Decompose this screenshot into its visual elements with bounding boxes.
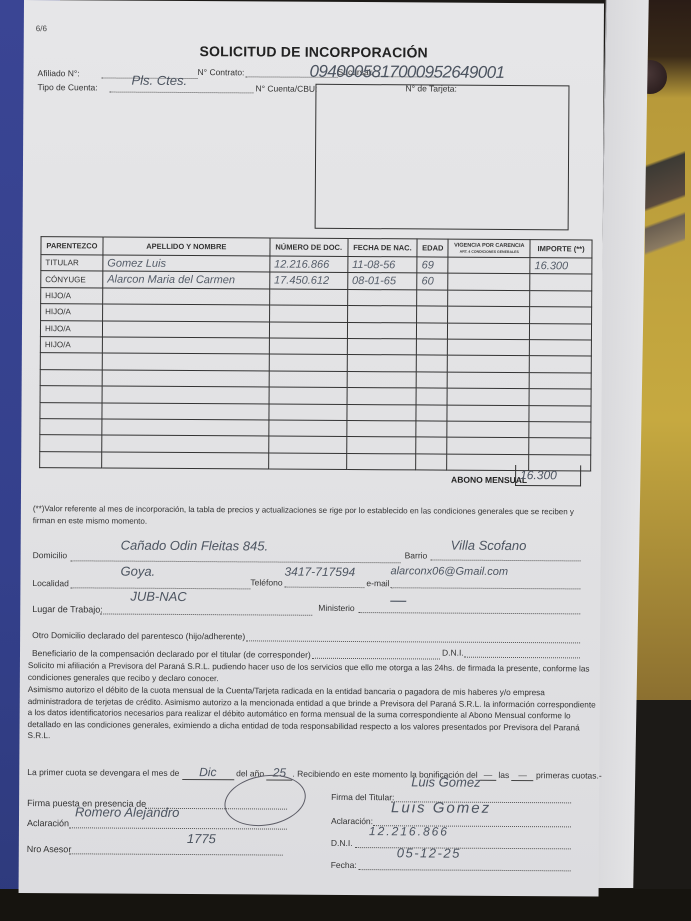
- keys-object: [645, 130, 685, 290]
- cell-doc[interactable]: 17.450.612: [270, 272, 348, 289]
- fecha-label: Fecha:: [331, 860, 357, 870]
- cell-fecha-nac[interactable]: 08-01-65: [347, 273, 417, 290]
- cell-edad[interactable]: [417, 290, 448, 307]
- tipo-cuenta-value: Pls. Ctes.: [131, 73, 187, 88]
- cell-nombre[interactable]: [102, 304, 269, 321]
- cell-doc[interactable]: [269, 404, 347, 421]
- cell-nombre[interactable]: [102, 337, 269, 354]
- cell-edad[interactable]: [416, 437, 447, 454]
- cell-vigencia[interactable]: [448, 257, 530, 274]
- asesor-field[interactable]: [69, 844, 283, 855]
- cell-parentezco: HIJO/A: [40, 320, 102, 337]
- table-row: [40, 451, 591, 471]
- cell-importe[interactable]: [529, 405, 591, 422]
- cell-fecha-nac[interactable]: [347, 420, 417, 437]
- cell-parentezco: [40, 419, 102, 436]
- cell-nombre[interactable]: [102, 435, 269, 452]
- cell-nombre[interactable]: [102, 402, 269, 419]
- dni-titular-field[interactable]: [355, 838, 571, 849]
- beneficiario-label: Beneficiario de la compensación declarad…: [32, 648, 311, 660]
- firma-titular-signature: Luis Gomez: [411, 774, 480, 789]
- cell-vigencia[interactable]: [448, 372, 530, 389]
- cell-vigencia[interactable]: [447, 421, 529, 438]
- domicilio-label: Domicilio: [33, 550, 68, 560]
- lugar-trabajo-label: Lugar de Trabajo:: [32, 604, 103, 614]
- header-nombre: APELLIDO Y NOMBRE: [103, 237, 270, 256]
- form-title: SOLICITUD DE INCORPORACIÓN: [24, 42, 604, 62]
- firma-titular-label: Firma del Titular:: [331, 792, 394, 802]
- terms-paragraph-2: Asimismo autorizo el débito de la cuota …: [27, 684, 597, 745]
- cell-parentezco: HIJO/A: [41, 304, 103, 321]
- cuota-prefix: La primer cuota se devengara el mes de: [27, 767, 179, 778]
- cell-doc[interactable]: [269, 289, 347, 306]
- beneficiario-dni-field[interactable]: [464, 648, 580, 659]
- cell-fecha-nac[interactable]: 11-08-56: [348, 256, 418, 273]
- header-importe: IMPORTE (**): [530, 240, 592, 258]
- lugar-trabajo-value: JUB-NAC: [130, 589, 186, 604]
- cell-nombre[interactable]: [102, 452, 269, 469]
- terms-paragraph-1: Solicito mi afiliación a Previsora del P…: [28, 660, 598, 687]
- cell-edad[interactable]: 60: [417, 273, 448, 290]
- aclaracion-titular-value: Luis Gomez: [391, 799, 491, 817]
- cell-edad[interactable]: [417, 322, 448, 339]
- cell-edad[interactable]: [416, 454, 447, 471]
- cell-parentezco: [40, 353, 102, 370]
- aclaracion-asesor-label: Aclaración: [27, 818, 69, 828]
- barrio-value: Villa Scofano: [451, 538, 527, 553]
- cell-fecha-nac[interactable]: [347, 338, 417, 355]
- cell-doc[interactable]: [269, 371, 347, 388]
- photo-box: [315, 84, 570, 231]
- cell-vigencia[interactable]: [447, 437, 529, 454]
- cell-doc[interactable]: 12.216.866: [270, 256, 348, 273]
- cell-fecha-nac[interactable]: [347, 355, 417, 372]
- cell-nombre[interactable]: Alarcon Maria del Carmen: [103, 271, 270, 288]
- beneficiario-dni-label: D.N.I.: [442, 648, 464, 658]
- cuota-mes-field[interactable]: Dic: [182, 765, 234, 780]
- cell-nombre[interactable]: [102, 386, 269, 403]
- cell-vigencia[interactable]: [448, 323, 530, 340]
- header-vigencia-sub: ART. 4 CONDICIONES GENERALES: [453, 248, 526, 254]
- tipo-cuenta-label: Tipo de Cuenta:: [37, 82, 97, 92]
- cell-fecha-nac[interactable]: [347, 371, 417, 388]
- aclaracion-asesor-field[interactable]: [69, 818, 287, 829]
- cell-doc[interactable]: [269, 322, 347, 339]
- header-edad: EDAD: [417, 239, 448, 257]
- aclaracion-titular-label: Aclaración:: [331, 816, 373, 826]
- cell-vigencia[interactable]: [448, 339, 530, 356]
- family-table: PARENTEZCO APELLIDO Y NOMBRE NÚMERO DE D…: [39, 236, 592, 471]
- cell-importe[interactable]: [529, 356, 591, 373]
- page-number: 6/6: [36, 24, 47, 33]
- cell-parentezco: HIJO/A: [40, 337, 102, 354]
- cell-fecha-nac[interactable]: [347, 322, 417, 339]
- email-field[interactable]: [390, 578, 580, 589]
- cell-doc[interactable]: [269, 436, 347, 453]
- afiliado-label: Afiliado N°:: [38, 68, 80, 78]
- cell-parentezco: [40, 369, 102, 386]
- cell-doc[interactable]: [269, 387, 347, 404]
- cell-vigencia[interactable]: [447, 405, 529, 422]
- cell-vigencia[interactable]: [448, 290, 530, 307]
- cell-vigencia[interactable]: [447, 388, 529, 405]
- cell-nombre[interactable]: [102, 419, 269, 436]
- cell-nombre[interactable]: Gomez Luis: [103, 255, 270, 272]
- cell-doc[interactable]: [268, 453, 346, 470]
- header-vigencia: VIGENCIA POR CARENCIAART. 4 CONDICIONES …: [448, 239, 530, 257]
- cuenta-cbu-label: N° Cuenta/CBU:: [255, 83, 317, 93]
- cell-importe[interactable]: [530, 323, 592, 340]
- ministerio-label: Ministerio: [318, 603, 354, 613]
- cell-fecha-nac[interactable]: [347, 404, 417, 421]
- cell-parentezco: [40, 435, 102, 452]
- cell-fecha-nac[interactable]: [346, 437, 416, 454]
- cell-edad[interactable]: [417, 339, 448, 356]
- asesor-value: 1775: [187, 831, 216, 846]
- localidad-value: Goya.: [120, 564, 155, 579]
- cell-fecha-nac[interactable]: [347, 306, 417, 323]
- cell-fecha-nac[interactable]: [347, 388, 417, 405]
- localidad-field[interactable]: [70, 578, 250, 589]
- cell-parentezco: HIJO/A: [41, 287, 103, 304]
- email-label: e-mail: [366, 578, 389, 588]
- cuotas-field[interactable]: —: [512, 770, 534, 781]
- cell-fecha-nac[interactable]: [346, 453, 416, 470]
- lugar-trabajo-field[interactable]: [100, 604, 312, 615]
- cell-importe[interactable]: [529, 340, 591, 357]
- contrato-label: N° Contrato:: [198, 67, 245, 77]
- cell-importe[interactable]: [529, 421, 591, 438]
- cell-importe[interactable]: [529, 389, 591, 406]
- cell-parentezco: [40, 451, 102, 468]
- cell-edad[interactable]: [416, 355, 447, 372]
- cell-importe[interactable]: 16.300: [530, 258, 592, 275]
- telefono-label: Teléfono: [250, 577, 282, 587]
- aclaracion-asesor-value: Romero Alejandro: [75, 804, 179, 820]
- telefono-value: 3417-717594: [284, 565, 355, 579]
- dni-titular-label: D.N.I.: [331, 838, 353, 848]
- domicilio-value: Cañado Odin Fleitas 845.: [121, 538, 269, 554]
- header-fecha-nac: FECHA DE NAC.: [348, 238, 418, 256]
- cell-nombre[interactable]: [102, 321, 269, 338]
- abono-mensual-value[interactable]: 16.300: [515, 465, 581, 486]
- beneficiario-field[interactable]: [312, 649, 440, 660]
- cell-doc[interactable]: [269, 305, 347, 322]
- header-vigencia-title: VIGENCIA POR CARENCIA: [454, 242, 524, 248]
- header-doc: NÚMERO DE DOC.: [270, 238, 348, 256]
- header-parentezco: PARENTEZCO: [41, 237, 103, 255]
- first-installment-line: La primer cuota se devengara el mes de D…: [27, 764, 602, 783]
- price-note: (**)Valor referente al mes de incorporac…: [33, 503, 593, 530]
- email-value: alarconx06@Gmail.com: [390, 565, 508, 578]
- cell-nombre[interactable]: [102, 370, 269, 387]
- cell-parentezco: CÓNYUGE: [41, 271, 103, 288]
- fecha-field[interactable]: [359, 860, 571, 871]
- cell-vigencia[interactable]: [448, 306, 530, 323]
- cuenta-cbu-value: 0940005817000952649001: [310, 62, 505, 83]
- cell-edad[interactable]: [416, 404, 447, 421]
- cell-nombre[interactable]: [102, 353, 269, 370]
- primeras-cuotas-label: primeras cuotas.-: [536, 770, 602, 780]
- cell-doc[interactable]: [269, 420, 347, 437]
- las-label: las: [498, 770, 509, 780]
- cell-doc[interactable]: [269, 338, 347, 355]
- dni-titular-value: 12.216.866: [369, 824, 449, 838]
- otro-domicilio-field[interactable]: [246, 631, 580, 643]
- barrio-label: Barrio: [405, 550, 428, 560]
- cell-doc[interactable]: [269, 354, 347, 371]
- cell-parentezco: [40, 402, 102, 419]
- otro-domicilio-label: Otro Domicilio declarado del parentesco …: [32, 630, 245, 641]
- cell-edad[interactable]: [417, 306, 448, 323]
- fecha-value: 05-12-25: [397, 845, 461, 860]
- cell-vigencia[interactable]: [448, 273, 530, 290]
- cell-nombre[interactable]: [103, 288, 270, 305]
- cell-importe[interactable]: [530, 307, 592, 324]
- cell-vigencia[interactable]: [448, 355, 530, 372]
- telefono-field[interactable]: [284, 578, 364, 588]
- cell-importe[interactable]: [529, 372, 591, 389]
- cell-importe[interactable]: [530, 290, 592, 307]
- asesor-label: Nro Asesor: [27, 844, 72, 854]
- localidad-label: Localidad: [32, 578, 68, 588]
- bonificacion-field[interactable]: —: [480, 770, 496, 781]
- cell-edad[interactable]: [416, 388, 447, 405]
- cell-parentezco: [40, 386, 102, 403]
- cell-edad[interactable]: 69: [417, 257, 448, 274]
- cell-importe[interactable]: [529, 438, 591, 455]
- cell-edad[interactable]: [416, 421, 447, 438]
- cell-importe[interactable]: [530, 274, 592, 291]
- form-paper: 6/6 SOLICITUD DE INCORPORACIÓN Afiliado …: [19, 0, 604, 897]
- cell-parentezco: TITULAR: [41, 255, 103, 272]
- cell-edad[interactable]: [416, 372, 447, 389]
- cell-fecha-nac[interactable]: [347, 289, 417, 306]
- ministerio-value: —: [390, 592, 406, 610]
